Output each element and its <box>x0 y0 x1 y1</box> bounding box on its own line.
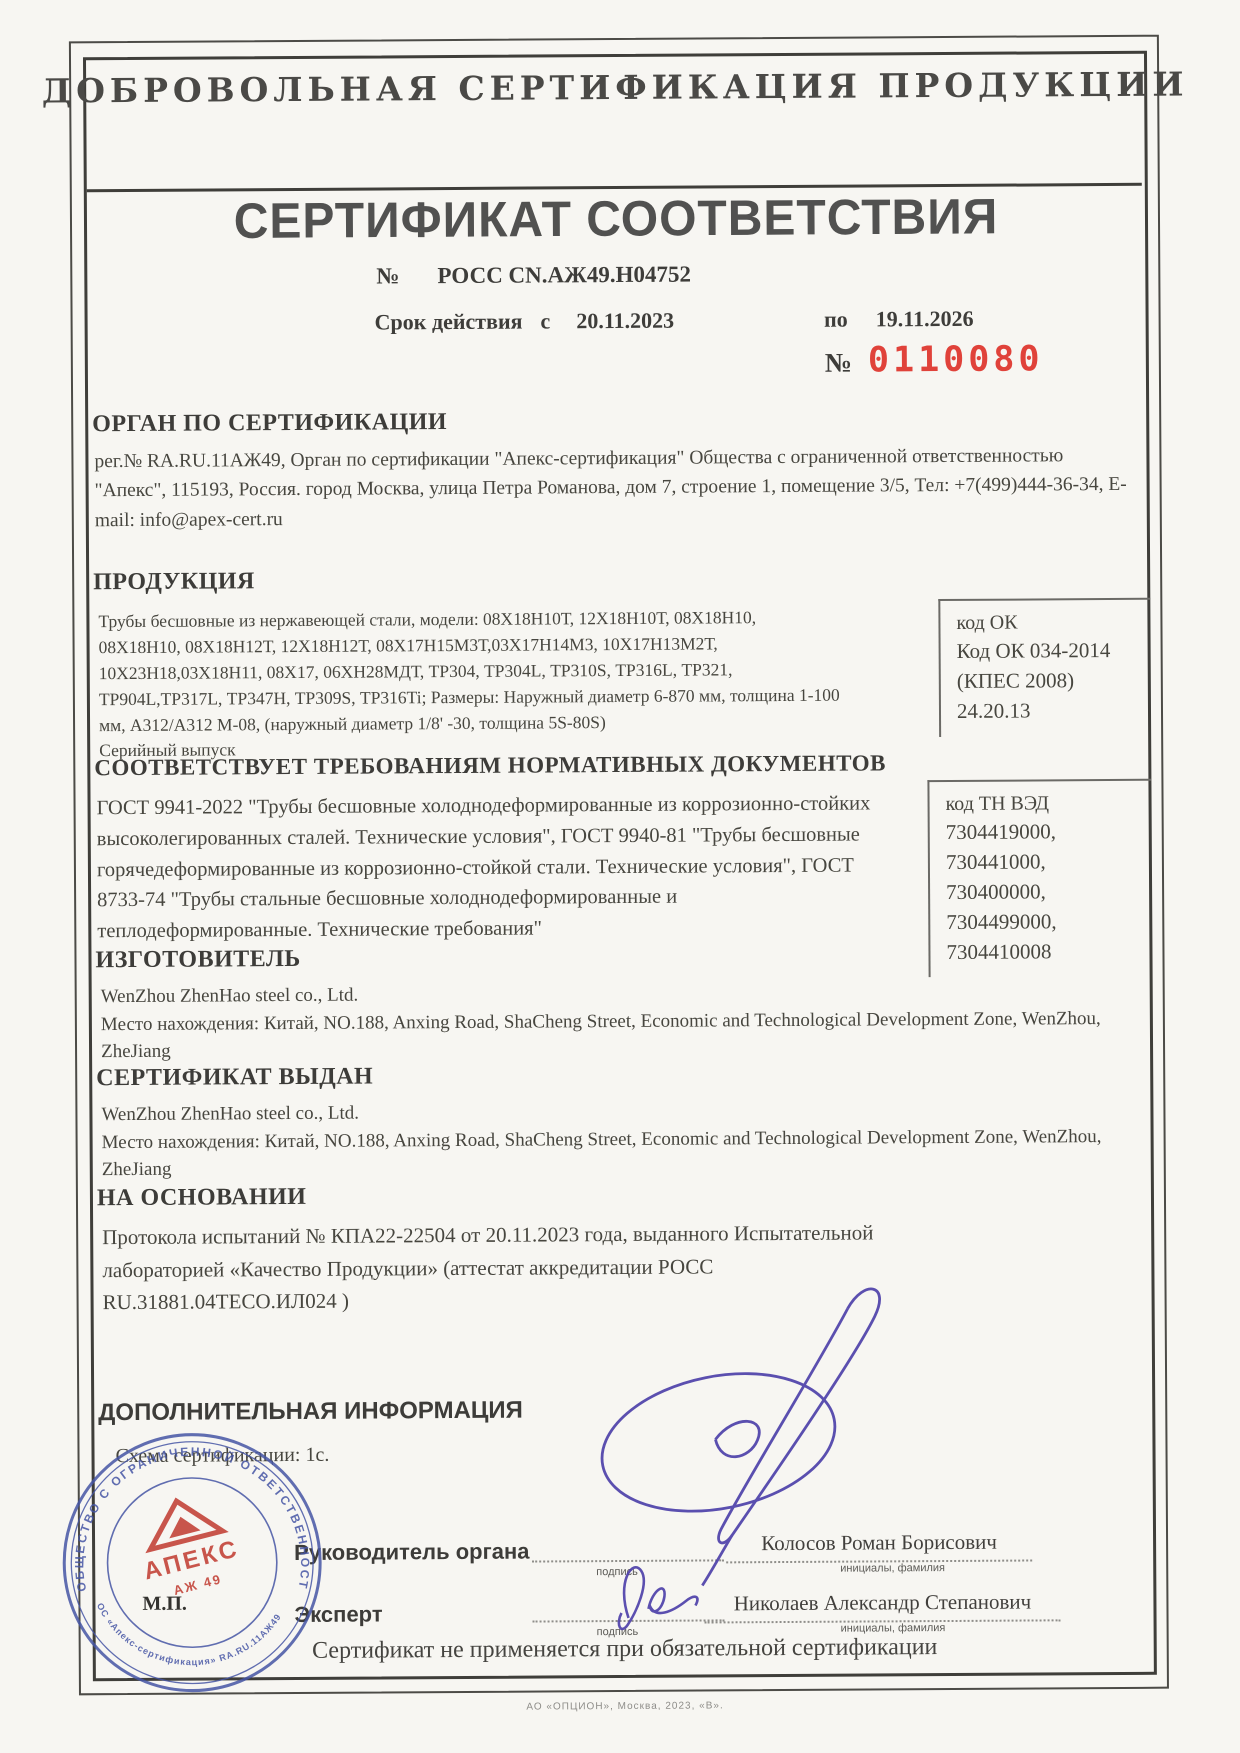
section-compliance-heading: СООТВЕТСТВУЕТ ТРЕБОВАНИЯМ НОРМАТИВНЫХ ДО… <box>94 750 886 781</box>
manufacturer-name: WenZhou ZhenHao steel co., Ltd. <box>101 985 359 1008</box>
section-additional-heading: ДОПОЛНИТЕЛЬНАЯ ИНФОРМАЦИЯ <box>98 1397 523 1428</box>
product-block: Трубы бесшовные из нержавеющей стали, мо… <box>98 605 841 765</box>
validity-to-label: по <box>824 307 848 333</box>
section-manufacturer-heading: ИЗГОТОВИТЕЛЬ <box>95 946 300 974</box>
manufacturer-address: Место нахождения: Китай, NO.188, Anxing … <box>101 1008 1101 1063</box>
signature-stroke <box>619 1567 645 1629</box>
signature-stroke <box>648 1588 697 1613</box>
ok-code-line: Код ОК 034-2014 <box>957 636 1145 667</box>
section-product-heading: ПРОДУКЦИЯ <box>93 568 255 596</box>
round-stamp: ОБЩЕСТВО С ОГРАНИЧЕННОЙ ОТВЕТСТВЕННОСТЬЮ… <box>55 1426 329 1700</box>
stamp-logo: АПЕКС АЖ 49 <box>129 1489 247 1604</box>
expert-name: Николаев Александр Степанович <box>704 1589 1060 1623</box>
serial-number: 0110080 <box>868 339 1044 380</box>
expert-name-caption: инициалы, фамилия <box>841 1622 946 1635</box>
number-sign: № <box>376 263 399 289</box>
validity-from-date: 20.11.2023 <box>576 308 674 335</box>
section-issued-heading: СЕРТИФИКАТ ВЫДАН <box>96 1064 373 1093</box>
validity-label: Срок действия <box>375 309 523 336</box>
certificate-page: ДОБРОВОЛЬНАЯ СЕРТИФИКАЦИЯ ПРОДУКЦИИ СЕРТ… <box>0 0 1240 1753</box>
signature-ellipse <box>590 1354 847 1530</box>
ok-code-line: 24.20.13 <box>957 696 1145 727</box>
serial-number-row: № 0110080 <box>825 339 1044 380</box>
ok-code-box: код ОК Код ОК 034-2014 (КПЕС 2008) 24.20… <box>938 598 1151 737</box>
section-org-heading: ОРГАН ПО СЕРТИФИКАЦИИ <box>92 409 447 438</box>
issued-block: WenZhou ZhenHao steel co., Ltd. Место на… <box>101 1095 1141 1184</box>
ok-code-label: код ОК <box>956 608 1144 638</box>
serial-number-sign: № <box>825 348 852 379</box>
certificate-number-row: № РОСС CN.АЖ49.Н04752 <box>376 262 691 290</box>
issued-name: WenZhou ZhenHao steel co., Ltd. <box>101 1103 359 1126</box>
document-sheet: ДОБРОВОЛЬНАЯ СЕРТИФИКАЦИЯ ПРОДУКЦИИ СЕРТ… <box>0 0 1240 1753</box>
validity-from-label: с <box>540 308 550 334</box>
head-role-label: Руководитель органа <box>294 1539 530 1566</box>
ok-code-line: (КПЕС 2008) <box>957 666 1145 697</box>
tnved-code: 730441000, <box>946 847 1146 878</box>
expert-signature-ink <box>596 1551 747 1647</box>
section-basis-heading: НА ОСНОВАНИИ <box>97 1184 307 1212</box>
tnved-code: 730400000, <box>946 877 1146 908</box>
tnved-code: 7304499000, <box>946 907 1146 938</box>
validity-to-date: 19.11.2026 <box>876 306 974 333</box>
manufacturer-block: WenZhou ZhenHao steel co., Ltd. Место на… <box>101 977 1141 1066</box>
compliance-text: ГОСТ 9941-2022 "Трубы бесшовные холоднод… <box>96 788 897 947</box>
head-signature-ink <box>542 1276 944 1588</box>
product-text: Трубы бесшовные из нержавеющей стали, мо… <box>98 607 839 735</box>
issued-address: Место нахождения: Китай, NO.188, Anxing … <box>102 1126 1102 1181</box>
validity-row: Срок действия с 20.11.2023 по 19.11.2026 <box>375 306 974 336</box>
tnved-code-box: код ТН ВЭД 7304419000, 730441000, 730400… <box>927 779 1152 978</box>
tnved-code: 7304419000, <box>946 817 1146 848</box>
print-house-note: АО «ОПЦИОН», Москва, 2023, «В». <box>5 1697 1240 1716</box>
certificate-number: РОСС CN.АЖ49.Н04752 <box>437 262 691 290</box>
banner-text: ДОБРОВОЛЬНАЯ СЕРТИФИКАЦИЯ ПРОДУКЦИИ <box>0 64 1235 111</box>
tnved-code: 7304410008 <box>946 936 1146 967</box>
signature-curl <box>715 1421 759 1457</box>
certificate-title: СЕРТИФИКАТ СООТВЕТСТВИЯ <box>0 187 1236 252</box>
tnved-label: код ТН ВЭД <box>945 789 1145 819</box>
org-text: рег.№ RA.RU.11АЖ49, Орган по сертификаци… <box>94 441 1131 535</box>
